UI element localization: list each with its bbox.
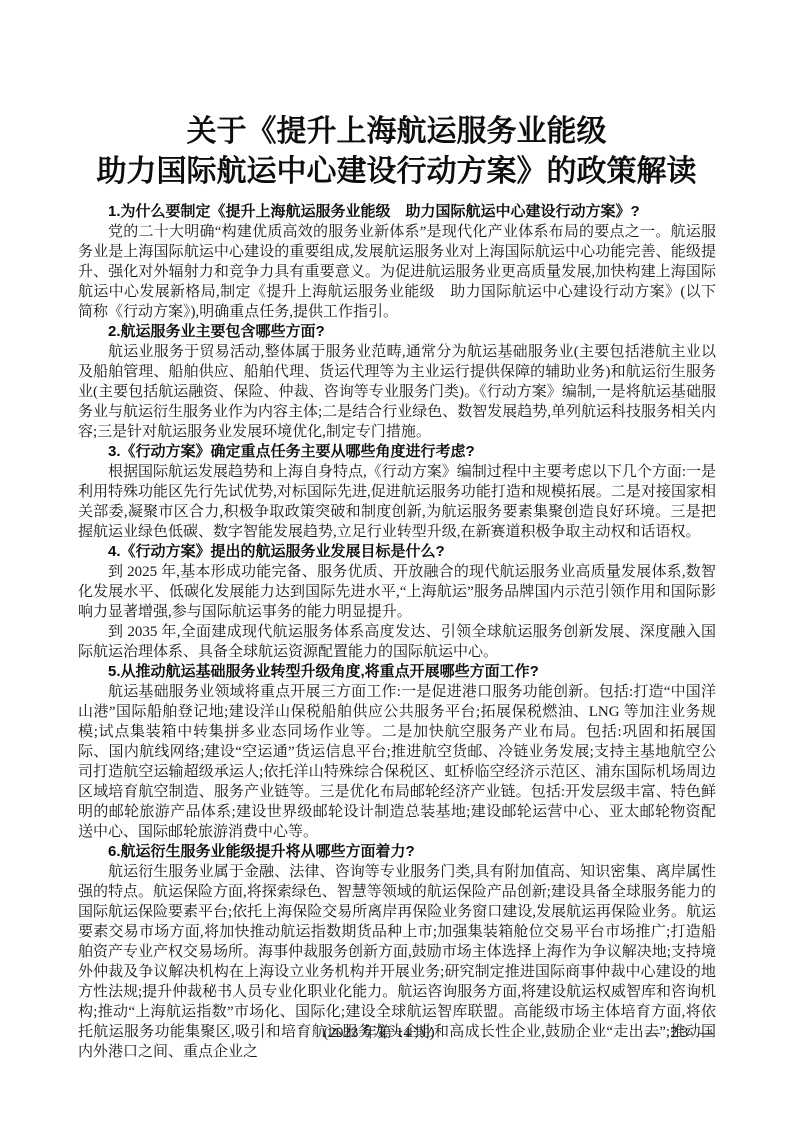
section-1-paragraph-1: 党的二十大明确“构建优质高效的服务业新体系”是现代化产业体系布局的要点之一。航运…: [78, 222, 716, 322]
section-3-heading: 3.《行动方案》确定重点任务主要从哪些角度进行考虑?: [78, 442, 716, 462]
page-number: — 23 —: [646, 1023, 717, 1043]
section-3-paragraph-1: 根据国际航运发展趋势和上海自身特点,《行动方案》编制过程中主要考虑以下几个方面:…: [78, 462, 716, 542]
document-title: 关于《提升上海航运服务业能级 助力国际航运中心建设行动方案》的政策解读: [0, 112, 793, 192]
section-2-heading: 2.航运服务业主要包含哪些方面?: [78, 322, 716, 342]
document-body: 1.为什么要制定《提升上海航运服务业能级 助力国际航运中心建设行动方案》? 党的…: [78, 202, 716, 1062]
document-title-line-1: 关于《提升上海航运服务业能级: [0, 112, 793, 152]
issue-label: (2023 年第 14 期): [78, 1023, 680, 1043]
page-footer: (2023 年第 14 期) — 23 —: [78, 1023, 716, 1043]
section-4-heading: 4.《行动方案》提出的航运服务业发展目标是什么?: [78, 542, 716, 562]
section-2-paragraph-1: 航运业服务于贸易活动,整体属于服务业范畴,通常分为航运基础服务业(主要包括港航主…: [78, 342, 716, 442]
section-6-heading: 6.航运衍生服务业能级提升将从哪些方面着力?: [78, 842, 716, 862]
section-4-paragraph-1: 到 2025 年,基本形成功能完备、服务优质、开放融合的现代航运服务业高质量发展…: [78, 562, 716, 622]
section-4-paragraph-2: 到 2035 年,全面建成现代航运服务体系高度发达、引领全球航运服务创新发展、深…: [78, 622, 716, 662]
section-5-paragraph-1: 航运基础服务业领域将重点开展三方面工作:一是促进港口服务功能创新。包括:打造“中…: [78, 682, 716, 842]
document-title-line-2: 助力国际航运中心建设行动方案》的政策解读: [0, 152, 793, 192]
section-5-heading: 5.从推动航运基础服务业转型升级角度,将重点开展哪些方面工作?: [78, 662, 716, 682]
section-1-heading: 1.为什么要制定《提升上海航运服务业能级 助力国际航运中心建设行动方案》?: [78, 202, 716, 222]
document-page: 关于《提升上海航运服务业能级 助力国际航运中心建设行动方案》的政策解读 1.为什…: [0, 0, 793, 1122]
